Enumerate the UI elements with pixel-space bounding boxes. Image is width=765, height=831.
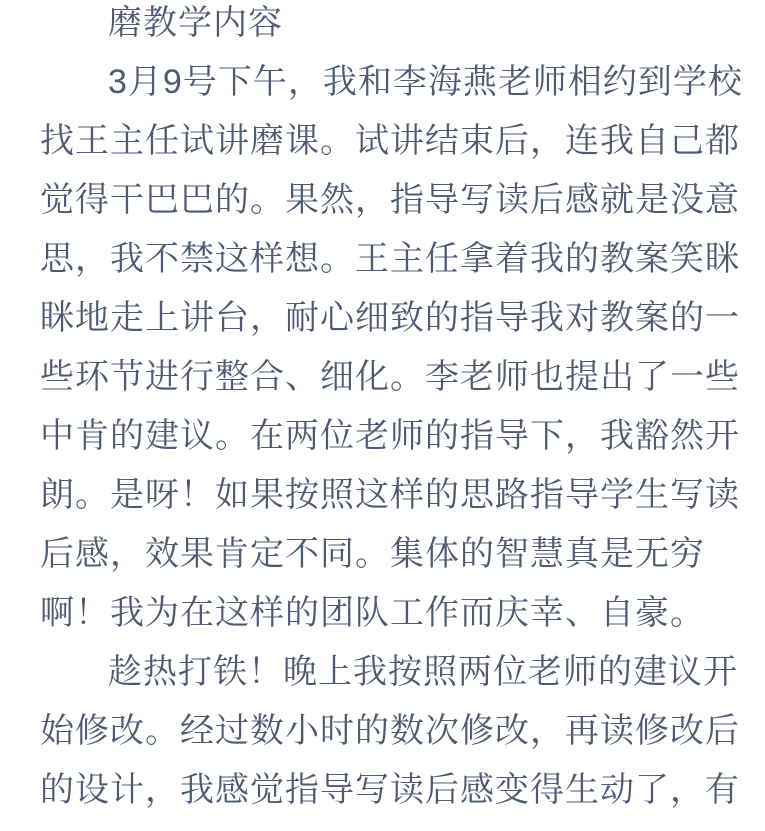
paragraph: 3月9号下午，我和李海燕老师相约到学校找王主任试讲磨课。试讲结束后，连我自己都觉… [40,53,750,643]
paragraph: 趁热打铁！晚上我按照两位老师的建议开始修改。经过数小时的数次修改，再读修改后的设… [40,643,750,820]
document-page: 磨教学内容3月9号下午，我和李海燕老师相约到学校找王主任试讲磨课。试讲结束后，连… [0,0,765,831]
document-text[interactable]: 磨教学内容3月9号下午，我和李海燕老师相约到学校找王主任试讲磨课。试讲结束后，连… [40,0,750,820]
paragraph-heading: 磨教学内容 [40,0,750,53]
